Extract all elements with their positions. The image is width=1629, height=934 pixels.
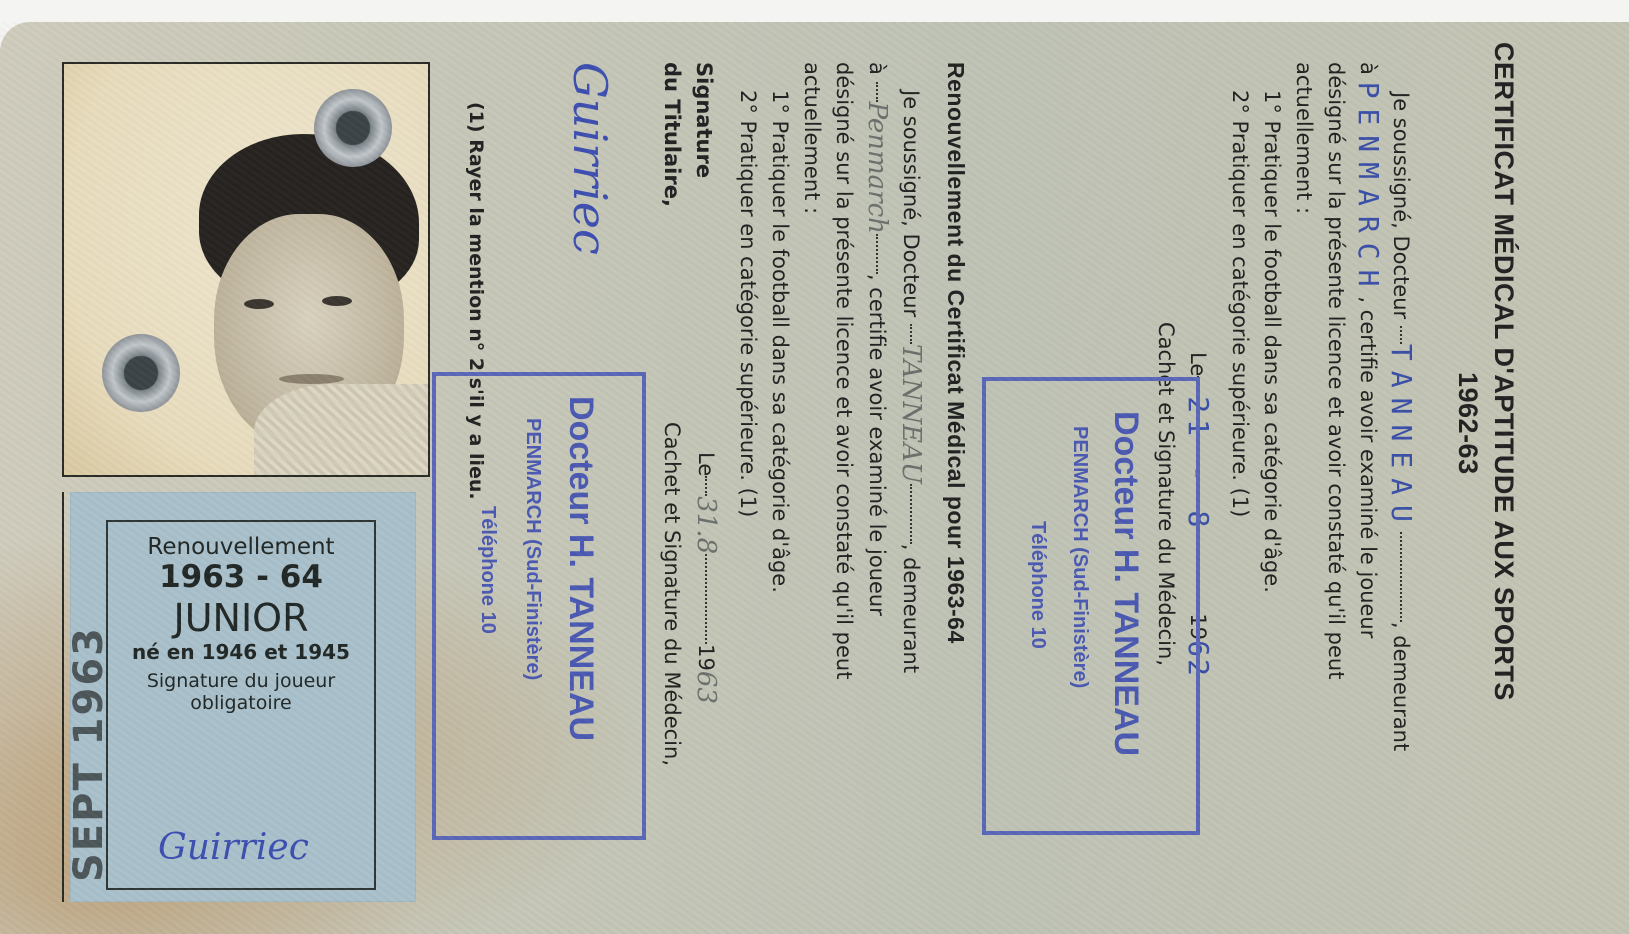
cert1-doctor-handwritten: TANNEAU [1385,344,1418,532]
license-card: SEPT 1963 Renouvellement 1963 - 64 JUNIO… [0,22,1629,934]
renewal-box: Renouvellement 1963 - 64 JUNIOR né en 19… [106,520,376,890]
renewal-season: 1963 - 64 [108,560,374,594]
renewal-title: Renouvellement du Certificat Médical pou… [940,62,971,644]
eyelet-icon [314,89,392,167]
mouth [279,374,344,384]
cert2-line3: désigné sur la présente licence et avoir… [828,62,859,679]
eye [322,296,352,306]
cert2-line2: à Penmarch, certifie avoir examiné le jo… [861,62,892,616]
renewal-label: SEPT 1963 Renouvellement 1963 - 64 JUNIO… [62,492,416,902]
player-photo [62,62,430,477]
cert1-line1: Je soussigné, Docteur TANNEAU, demeurant [1385,92,1417,751]
doctor-stamp-1963: Docteur H. TANNEAU PENMARCH (Sud-Finistè… [432,372,646,840]
cert1-line2: à PENMARCH, certifie avoir examiné le jo… [1352,62,1384,638]
cert2-line1: Je soussigné, Docteur TANNEAU, demeurant [895,90,926,673]
cert2-city-handwritten: Penmarch [862,102,892,234]
holder-signature: Guirriec [560,62,620,255]
cert2-line4: actuellement : [796,62,827,214]
renewal-signature-note-2: obligatoire [108,692,374,714]
cert2-date-handwritten: 31.8 [691,496,721,554]
cert1-line3: désigné sur la présente licence et avoir… [1320,62,1351,679]
cert2-date: Le31.81963 [690,452,721,704]
renewal-born: né en 1946 et 1945 [108,640,374,664]
cert2-item2: 2° Pratiquer en catégorie supérieure. (1… [732,90,763,517]
cert1-city-handwritten: PENMARCH [1352,82,1385,297]
cert1-item1: 1° Pratiquer le football dans sa catégor… [1256,90,1287,593]
cert2-doctor-handwritten: TANNEAU [896,344,926,484]
player-signature: Guirriec [158,827,309,868]
certificate-season: 1962-63 [1452,372,1483,475]
cert2-item1: 1° Pratiquer le football dans sa catégor… [764,90,795,593]
cert1-line4: actuellement : [1288,62,1319,214]
holder-signature-label-2: du Titulaire, [656,62,687,207]
certificate-title: CERTIFICAT MÉDICAL D'APTITUDE AUX SPORTS [1488,42,1519,701]
renewal-heading: Renouvellement [108,534,374,560]
doctor-stamp-1962: Docteur H. TANNEAU PENMARCH (Sud-Finistè… [982,377,1200,835]
renewal-signature-note: Signature du joueur [108,670,374,692]
cert1-item2: 2° Pratiquer en catégorie supérieure. (1… [1224,90,1255,517]
sweater [254,384,430,477]
eyelet-icon [102,334,180,412]
renewal-category: JUNIOR [108,596,374,640]
cert2-signature-label: Cachet et Signature du Médecin, [656,422,687,766]
holder-signature-label: Signature [688,62,719,178]
eye [244,299,274,309]
